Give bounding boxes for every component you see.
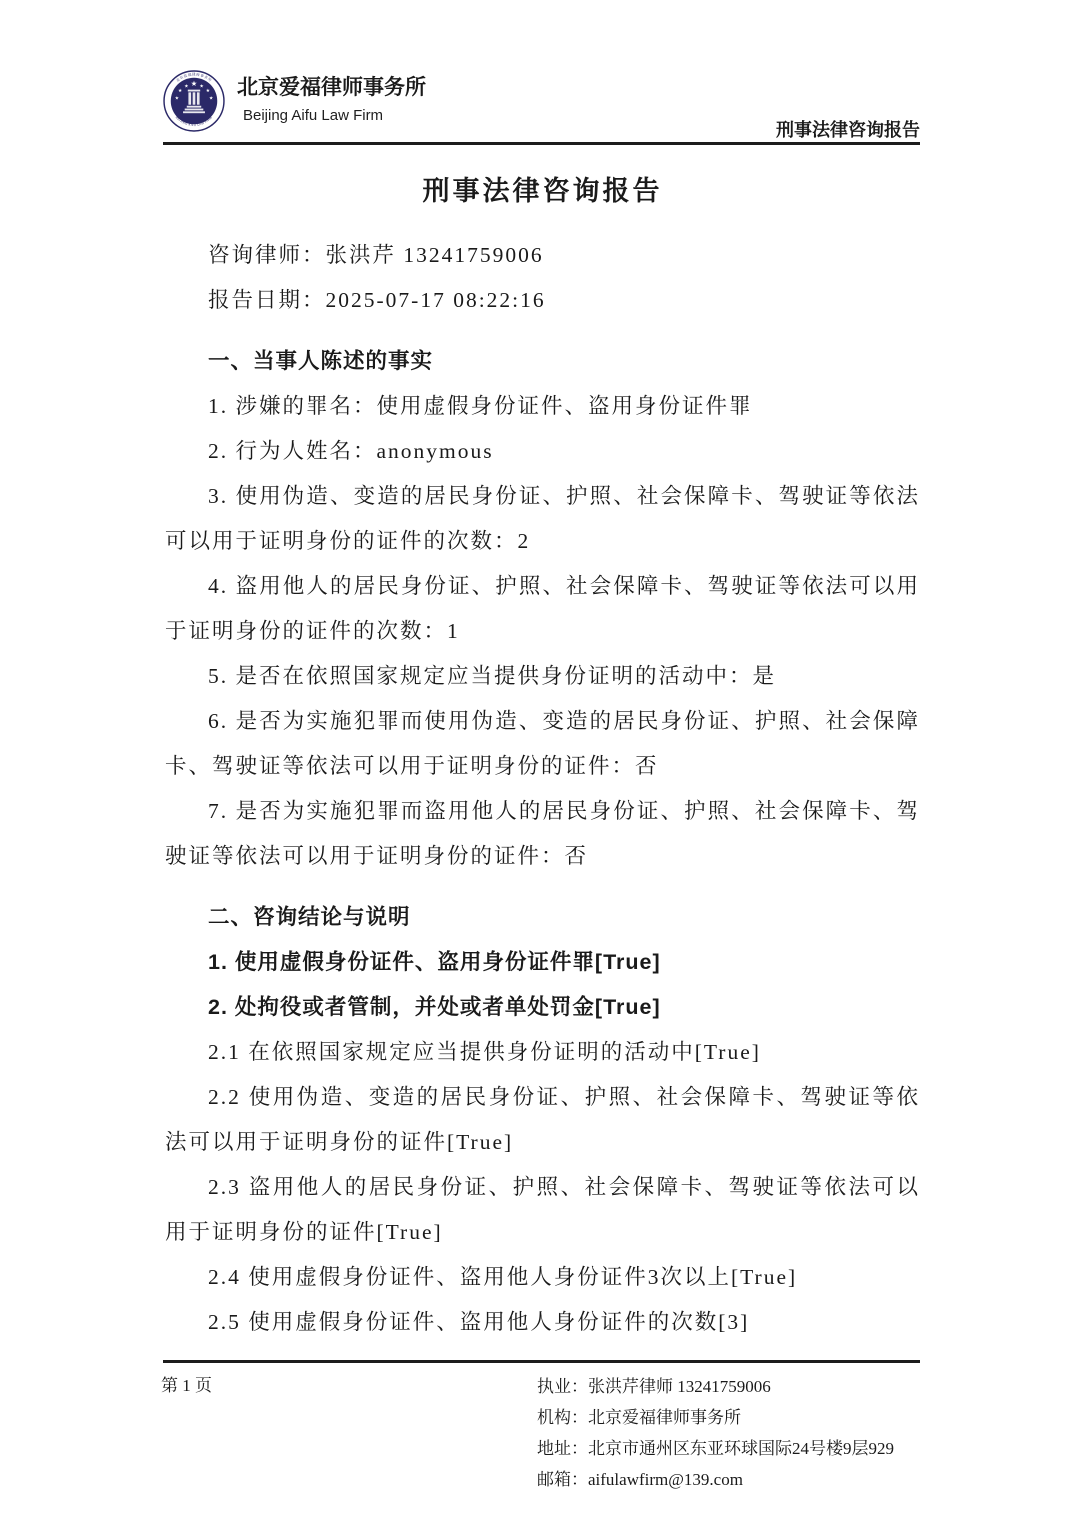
conclusion-item-2-3: 2.3 盗用他人的居民身份证、护照、社会保障卡、驾驶证等依法可以用于证明身份的证… (165, 1165, 920, 1255)
fact-item-6: 6. 是否为实施犯罪而使用伪造、变造的居民身份证、护照、社会保障卡、驾驶证等依法… (165, 699, 920, 789)
meta-date-line: 报告日期：2025-07-17 08:22:16 (165, 278, 920, 323)
firm-brand: 北京爱福律师事务所 Beijing Aifu Law Firm (237, 76, 426, 125)
meta-lawyer-line: 咨询律师：张洪芹 13241759006 (165, 233, 920, 278)
fact-item-7: 7. 是否为实施犯罪而盗用他人的居民身份证、护照、社会保障卡、驾驶证等依法可以用… (165, 789, 920, 879)
conclusion-item-2-5: 2.5 使用虚假身份证件、盗用他人身份证件的次数[3] (165, 1300, 920, 1345)
conclusion-item-1: 1. 使用虚假身份证件、盗用身份证件罪[True] (165, 940, 920, 985)
report-title: 刑事法律咨询报告 (165, 169, 920, 213)
firm-name-en: Beijing Aifu Law Firm (243, 107, 426, 125)
header-doc-type-label: 刑事法律咨询报告 (776, 116, 920, 142)
svg-text:★: ★ (200, 84, 204, 90)
firm-name-zh: 北京爱福律师事务所 (237, 76, 426, 100)
footer-contact-block: 执业：张洪芹律师 13241759006 机构：北京爱福律师事务所 地址：北京市… (537, 1371, 894, 1495)
footer-address-line: 地址：北京市通州区东亚环球国际24号楼9层929 (537, 1433, 894, 1464)
document-body: 刑事法律咨询报告 咨询律师：张洪芹 13241759006 报告日期：2025-… (165, 157, 920, 1345)
conclusion-item-2-2: 2.2 使用伪造、变造的居民身份证、护照、社会保障卡、驾驶证等依法可以用于证明身… (165, 1075, 920, 1165)
conclusion-item-2-1: 2.1 在依照国家规定应当提供身份证明的活动中[True] (165, 1030, 920, 1075)
svg-text:★: ★ (191, 79, 197, 88)
firm-logo-icon: 北京爱福律师事务所 BEIJING AIFU LAW FIRM ★ ★ ★ ★ … (163, 70, 225, 132)
fact-item-2: 2. 行为人姓名：anonymous (165, 429, 920, 474)
conclusion-item-2-4: 2.4 使用虚假身份证件、盗用他人身份证件3次以上[True] (165, 1255, 920, 1300)
footer-divider (163, 1360, 920, 1363)
report-page: 北京爱福律师事务所 BEIJING AIFU LAW FIRM ★ ★ ★ ★ … (0, 0, 1080, 1527)
section-2-heading: 二、咨询结论与说明 (165, 895, 920, 940)
svg-text:★: ★ (184, 84, 188, 90)
svg-text:★: ★ (206, 88, 210, 94)
conclusion-item-2: 2. 处拘役或者管制，并处或者单处罚金[True] (165, 985, 920, 1030)
footer-email-line: 邮箱：aifulawfirm@139.com (537, 1464, 894, 1495)
fact-item-4: 4. 盗用他人的居民身份证、护照、社会保障卡、驾驶证等依法可以用于证明身份的证件… (165, 564, 920, 654)
page-header: 北京爱福律师事务所 BEIJING AIFU LAW FIRM ★ ★ ★ ★ … (163, 70, 920, 142)
footer-org-line: 机构：北京爱福律师事务所 (537, 1402, 894, 1433)
page-number: 第 1 页 (161, 1374, 212, 1398)
report-meta: 咨询律师：张洪芹 13241759006 报告日期：2025-07-17 08:… (165, 233, 920, 323)
fact-item-1: 1. 涉嫌的罪名：使用虚假身份证件、盗用身份证件罪 (165, 384, 920, 429)
header-divider (163, 142, 920, 145)
footer-practice-line: 执业：张洪芹律师 13241759006 (537, 1371, 894, 1402)
svg-text:★: ★ (209, 95, 213, 101)
svg-text:★: ★ (175, 95, 179, 101)
svg-text:★: ★ (178, 88, 182, 94)
fact-item-5: 5. 是否在依照国家规定应当提供身份证明的活动中：是 (165, 654, 920, 699)
section-1-heading: 一、当事人陈述的事实 (165, 339, 920, 384)
fact-item-3: 3. 使用伪造、变造的居民身份证、护照、社会保障卡、驾驶证等依法可以用于证明身份… (165, 474, 920, 564)
